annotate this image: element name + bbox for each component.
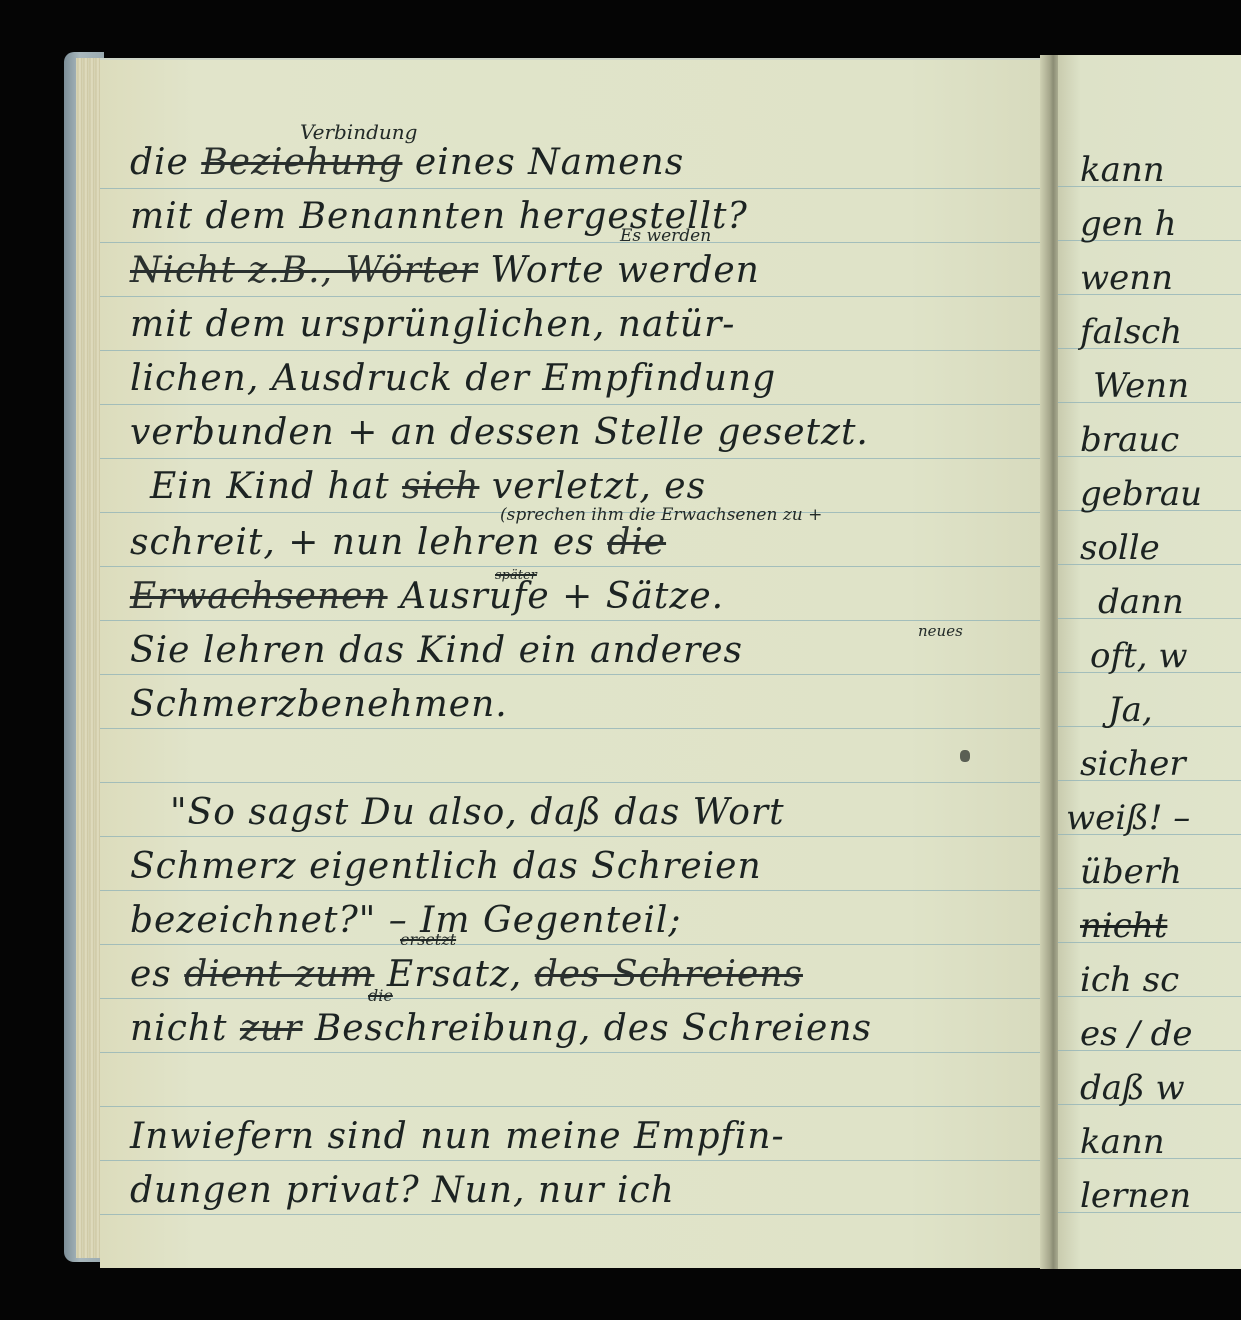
ruled-line — [100, 404, 1050, 405]
text-fragment: solle — [1080, 528, 1160, 568]
text-fragment: es / de — [1080, 1014, 1193, 1054]
text-fragment: überh — [1080, 852, 1182, 892]
text-fragment: Wenn — [1093, 366, 1189, 406]
ruled-line — [100, 620, 1050, 621]
ruled-line — [100, 728, 1050, 729]
text-line: schreit, + nun lehren es die — [130, 522, 666, 563]
text-line: Erwachsenen Ausrufe + Sätze. — [130, 576, 724, 617]
text-fragment: lernen — [1080, 1176, 1191, 1216]
text-fragment: gebrau — [1080, 474, 1202, 514]
text-fragment: daß w — [1080, 1068, 1185, 1108]
insertion-text: Verbindung — [300, 120, 417, 144]
text-line: nicht zur Beschreibung, des Schreiens — [130, 1008, 872, 1049]
ruled-line — [100, 350, 1050, 351]
text-line: Schmerzbenehmen. — [130, 684, 508, 725]
text-fragment: kann — [1080, 1122, 1165, 1162]
ruled-line — [100, 836, 1050, 837]
ruled-line — [100, 998, 1050, 999]
text-line: mit dem Benannten hergestellt? — [130, 196, 748, 237]
right-page: kann gen h wenn falsch Wenn brauc gebrau… — [1058, 55, 1241, 1269]
text-line: lichen, Ausdruck der Empfindung — [130, 358, 776, 399]
ruled-line — [100, 1160, 1050, 1161]
text-line: "So sagst Du also, daß das Wort — [170, 792, 785, 833]
text-line: bezeichnet?" – Im Gegenteil; — [130, 900, 682, 941]
ruled-line — [100, 1052, 1050, 1053]
text-line: dungen privat? Nun, nur ich — [130, 1170, 675, 1211]
ink-blot — [960, 750, 970, 762]
text-fragment: brauc — [1080, 420, 1179, 460]
text-line: verbunden + an dessen Stelle gesetzt. — [130, 412, 869, 453]
text-fragment: ich sc — [1080, 960, 1179, 1000]
insertion-text: neues — [918, 622, 963, 640]
text-fragment: nicht — [1080, 906, 1167, 946]
text-line: mit dem ursprünglichen, natür- — [130, 304, 735, 345]
ruled-line — [100, 674, 1050, 675]
text-fragment: wenn — [1080, 258, 1173, 298]
text-fragment: Ja, — [1108, 690, 1153, 730]
text-fragment: oft, w — [1090, 636, 1187, 676]
text-line: Ein Kind hat sich verletzt, es — [150, 466, 706, 507]
ruled-line — [100, 458, 1050, 459]
ruled-line — [100, 566, 1050, 567]
text-fragment: gen h — [1080, 204, 1177, 244]
ruled-line — [100, 188, 1050, 189]
text-fragment: dann — [1098, 582, 1184, 622]
text-fragment: kann — [1080, 150, 1165, 190]
ruled-line — [100, 782, 1050, 783]
text-line: Sie lehren das Kind ein anderes — [130, 630, 743, 671]
text-line: Inwiefern sind nun meine Empfin- — [130, 1116, 785, 1157]
left-page: Verbindung Es werden (sprechen ihm die E… — [100, 58, 1050, 1268]
text-line: es dient zum Ersatz, des Schreiens — [130, 954, 803, 995]
ruled-line — [100, 296, 1050, 297]
text-line: Nicht z.B., Wörter Worte werden — [130, 250, 760, 291]
ruled-line — [100, 890, 1050, 891]
text-line: Schmerz eigentlich das Schreien — [130, 846, 762, 887]
text-fragment: sicher — [1080, 744, 1186, 784]
text-fragment: falsch — [1080, 312, 1182, 352]
text-fragment: weiß! – — [1066, 798, 1190, 838]
ruled-line — [100, 944, 1050, 945]
text-line: die Beziehung eines Namens — [130, 142, 684, 183]
ruled-line — [100, 1106, 1050, 1107]
ruled-line — [100, 242, 1050, 243]
ruled-line — [100, 1214, 1050, 1215]
